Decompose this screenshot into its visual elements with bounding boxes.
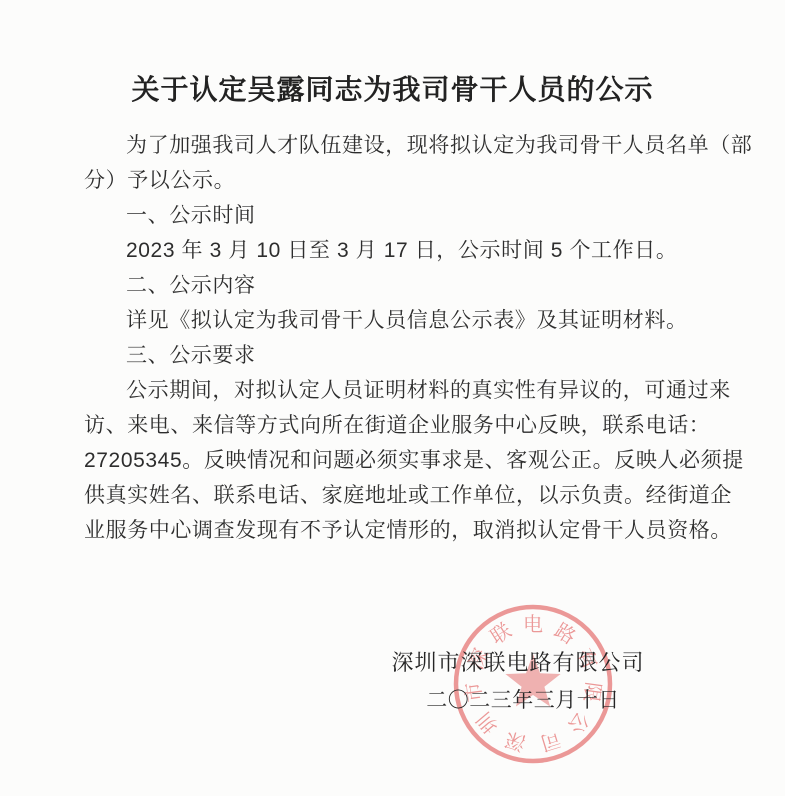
body-line-section-2-heading: 二、公示内容 xyxy=(84,268,712,303)
body-line-publicity-period: 2023 年 3 月 10 日至 3 月 17 日，公示时间 5 个工作日。 xyxy=(84,233,712,268)
body-line: 公示期间，对拟认定人员证明材料的真实性有异议的，可通过来 xyxy=(84,373,712,408)
body-line: 访、来电、来信等方式向所在街道企业服务中心反映，联系电话： xyxy=(84,408,712,443)
seal-char: 路 xyxy=(550,619,579,649)
signature-date: 二〇二三年三月十日 xyxy=(426,684,620,714)
body-line-section-3-heading: 三、公示要求 xyxy=(84,338,712,373)
body-line-section-1-heading: 一、公示时间 xyxy=(84,198,712,233)
body-line: 分）予以公示。 xyxy=(84,163,712,198)
body-line-contact-phone: 27205345。反映情况和问题必须实事求是、客观公正。反映人必须提 xyxy=(84,443,712,478)
body-line: 详见《拟认定为我司骨干人员信息公示表》及其证明材料。 xyxy=(84,303,712,338)
body-line: 供真实姓名、联系电话、家庭地址或工作单位，以示负责。经街道企 xyxy=(84,478,712,513)
seal-char: 司 xyxy=(537,727,563,755)
seal-char: 深 xyxy=(503,727,529,755)
document-page: 关于认定吴露同志为我司骨干人员的公示 为了加强我司人才队伍建设，现将拟认定为我司… xyxy=(0,0,785,796)
seal-char: 电 xyxy=(523,613,543,636)
seal-char: 联 xyxy=(486,619,515,649)
signature-company-name: 深圳市深联电路有限公司 xyxy=(391,646,644,677)
body-line: 业服务中心调查发现有不予认定情形的，取消拟认定骨干人员资格。 xyxy=(84,513,712,548)
document-title: 关于认定吴露同志为我司骨干人员的公示 xyxy=(0,68,785,108)
document-body: 为了加强我司人才队伍建设，现将拟认定为我司骨干人员名单（部 分）予以公示。 一、… xyxy=(84,128,712,548)
body-line: 为了加强我司人才队伍建设，现将拟认定为我司骨干人员名单（部 xyxy=(84,128,712,163)
